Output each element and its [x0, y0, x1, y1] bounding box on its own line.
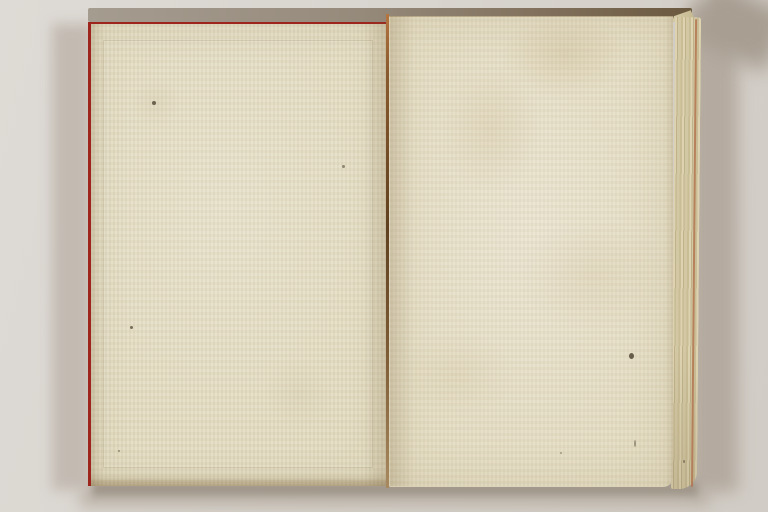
paper-speck: [118, 450, 120, 452]
cast-shadow-left: [52, 24, 92, 490]
gutter-shading-left: [363, 22, 386, 486]
left-page: [88, 22, 387, 486]
paper-speck: [152, 101, 156, 105]
paper-speck: [560, 452, 562, 454]
book-gutter: [386, 14, 389, 488]
right-page: [389, 16, 673, 487]
photo: [0, 0, 768, 512]
paper-speck: [130, 326, 133, 329]
paper-speck: [683, 460, 685, 463]
left-page-bottom-bevel: [91, 476, 387, 486]
left-page-turn-in-border: [103, 40, 373, 468]
gutter-shading-right: [390, 16, 414, 486]
cover-edge-line: [691, 19, 697, 487]
paper-speck: [342, 165, 345, 168]
paper-speck: [629, 353, 634, 359]
paper-speck: [634, 440, 636, 447]
page-stack-edges: [671, 17, 701, 489]
